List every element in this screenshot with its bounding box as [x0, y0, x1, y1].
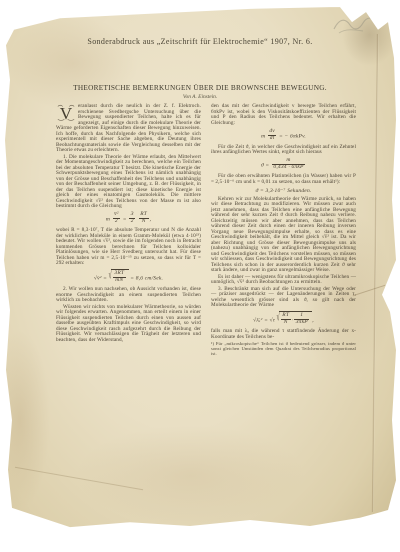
- paper-sheet: Sonderabdruck aus „Zeitschrift für Elekt…: [0, 0, 400, 552]
- reprint-header: Sonderabdruck aus „Zeitschrift für Elekt…: [30, 37, 370, 46]
- paragraph-text: eranlasst durch die neulich in der Z. f.…: [56, 103, 201, 153]
- equation-decay-time: ϑ = m0,434 · 6πkP: [211, 158, 356, 171]
- equation-term: m: [106, 216, 110, 222]
- right-column: den das mit der Geschwindigkeit v bewegt…: [211, 104, 356, 357]
- fraction: RTN: [281, 313, 291, 326]
- fraction: 3RTmN: [113, 271, 126, 284]
- denominator: N: [281, 320, 291, 326]
- punctuation: ,: [312, 317, 314, 323]
- equation-term: λ̄ₓ²: [256, 317, 262, 323]
- denominator: 3πkP: [294, 320, 309, 326]
- radicand: 3RTmN: [111, 269, 129, 284]
- paragraph: Wüssten wir nichts von molekularer Wärme…: [56, 305, 201, 344]
- paragraph: Es ist daher — wenigstens für ultramikro…: [211, 275, 356, 286]
- paragraph: falls man mit λₓ die während τ stattfind…: [211, 329, 356, 340]
- svg-text:V: V: [60, 104, 73, 122]
- equation-displacement: √λ̄ₓ² = √τ √RTN·13πkP,: [211, 311, 356, 326]
- punctuation: ,: [150, 216, 152, 222]
- ornamental-initial-v: V: [56, 104, 76, 122]
- paragraph: 1. Die molekulare Theorie der Wärme erla…: [56, 155, 201, 210]
- paragraph: 2. Wir wollen nun nachsehen, ob Aussicht…: [56, 287, 201, 304]
- equation-mean-square-velocity: m v̄²2 = 32 RTN,: [56, 212, 201, 225]
- paper-crease: [353, 285, 386, 296]
- paragraph: V eranlasst durch die neulich in der Z. …: [56, 104, 201, 154]
- fraction: 32: [129, 212, 135, 225]
- equation-term: ϑ =: [261, 162, 269, 168]
- paragraph: 3. Beschränkt man sich auf die Untersuch…: [211, 287, 356, 309]
- equation-friction: m dvdt = − 6πkPv.: [211, 129, 356, 142]
- fraction: v̄²2: [113, 212, 121, 225]
- fraction: m0,434 · 6πkP: [272, 158, 305, 171]
- paper-stain: [0, 330, 50, 510]
- equals-sign: =: [103, 275, 107, 281]
- denominator: 2: [113, 219, 121, 225]
- paragraph: Für die oben erwähnten Platinteilchen (i…: [211, 174, 356, 185]
- paper-stain: [75, 425, 305, 525]
- equation-theta-value: ϑ = 3,3·10⁻⁷ Sekunden.: [211, 188, 356, 194]
- equation-result: = − 6πkPv.: [279, 133, 306, 139]
- left-column: V eranlasst durch die neulich in der Z. …: [56, 104, 201, 357]
- radical-sign: √: [277, 312, 280, 325]
- equation-term: v̄²: [97, 275, 102, 281]
- denominator: mN: [113, 278, 126, 284]
- radicand: RTN·13πkP: [279, 311, 313, 326]
- author-byline: Von A. Einstein.: [36, 94, 364, 100]
- equation-result: = 8,6 cm/Sek.: [130, 275, 163, 281]
- scanned-page-photo: Sonderabdruck aus „Zeitschrift für Elekt…: [0, 0, 400, 552]
- paper-crease: [371, 34, 378, 512]
- fraction: dvdt: [268, 129, 277, 142]
- denominator: N: [139, 219, 149, 225]
- paragraph: Für die Zeit ϑ, in welcher die Geschwind…: [211, 145, 356, 156]
- radical-sign: √: [109, 270, 112, 283]
- equation-term: m: [261, 133, 265, 139]
- denominator: 2: [129, 219, 135, 225]
- paragraph: wobei R = 8,3·10⁷, T die absolute Temper…: [56, 228, 201, 267]
- two-column-text: V eranlasst durch die neulich in der Z. …: [56, 104, 356, 357]
- equation-velocity-result: √v̄² = √3RTmN = 8,6 cm/Sek.: [56, 269, 201, 284]
- multiplication-dot: ·: [292, 317, 294, 323]
- paragraph: Kehren wir zur Molekulartheorie der Wärm…: [211, 197, 356, 274]
- paper-crease: [15, 467, 143, 491]
- denominator: 0,434 · 6πkP: [272, 165, 305, 171]
- equals-sign: =: [123, 216, 127, 222]
- handwritten-pencil-mark: [330, 11, 388, 37]
- paper-title: THEORETISCHE BEMERKUNGEN ÜBER DIE BROWNS…: [36, 83, 364, 92]
- paragraph: den das mit der Geschwindigkeit v bewegt…: [211, 104, 356, 126]
- fraction: RTN: [139, 212, 149, 225]
- equals-sign: = √τ: [264, 317, 275, 323]
- fraction: 13πkP: [294, 313, 309, 326]
- denominator: dt: [268, 136, 277, 142]
- footnote: ¹) Für „mikroskopische“ Teilchen ist ϑ b…: [211, 341, 356, 356]
